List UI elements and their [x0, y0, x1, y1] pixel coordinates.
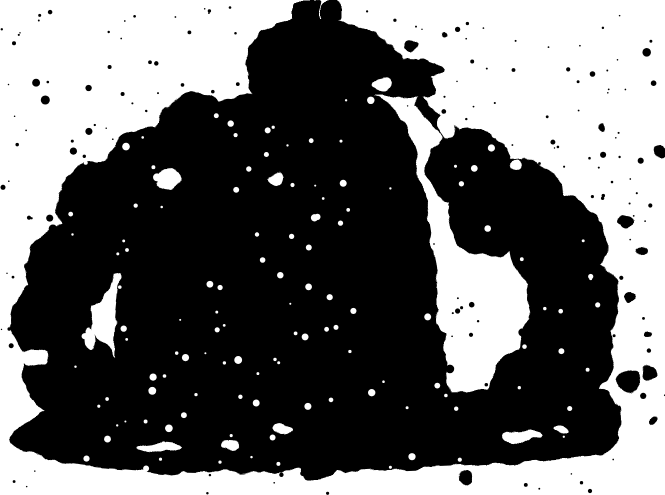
speckle-dot	[306, 245, 312, 251]
speckle-dot	[175, 16, 177, 18]
speckle-dot	[444, 394, 448, 398]
speckle-dot	[619, 15, 621, 17]
speckle-dot	[350, 308, 356, 314]
speckle-dot	[286, 144, 288, 146]
speckle-dot	[367, 97, 374, 104]
speckle-dot	[455, 27, 460, 32]
speckle-dot	[27, 216, 31, 220]
speckle-dot	[165, 424, 173, 432]
speckle-dot	[546, 115, 549, 118]
speckle-dot	[454, 165, 457, 168]
speckle-dot	[470, 60, 474, 64]
hole	[436, 307, 452, 333]
speckle-dot	[590, 71, 596, 77]
speckle-dot	[460, 306, 463, 309]
blob	[618, 215, 632, 229]
speckle-dot	[491, 131, 498, 138]
speckle-dot	[238, 395, 242, 399]
speckle-dot	[272, 126, 275, 129]
speckle-dot	[141, 136, 144, 139]
speckle-dot	[483, 27, 485, 29]
speckle-dot	[649, 40, 652, 43]
speckle-dot	[107, 31, 109, 33]
speckle-dot	[433, 243, 435, 245]
speckle-dot	[209, 474, 211, 476]
speckle-dot	[466, 22, 469, 25]
speckle-dot	[105, 397, 109, 401]
speckle-dot	[228, 120, 234, 126]
speckle-dot	[471, 165, 478, 172]
speckle-dot	[250, 456, 252, 458]
speckle-dot	[606, 70, 608, 72]
speckle-dot	[415, 26, 417, 28]
speckle-dot	[223, 324, 226, 327]
speckle-dot	[12, 41, 16, 45]
hole	[84, 330, 96, 350]
speckle-dot	[348, 350, 351, 353]
blob	[419, 58, 429, 66]
speckle-dot	[260, 257, 266, 263]
speckle-dot	[289, 303, 291, 305]
speckle-dot	[175, 351, 178, 354]
speckle-dot	[38, 14, 41, 17]
speckle-dot	[125, 338, 128, 341]
speckle-dot	[619, 276, 623, 280]
speckle-dot	[608, 88, 610, 90]
speckle-dot	[563, 166, 565, 168]
speckle-dot	[459, 181, 464, 186]
speckle-dot	[586, 368, 590, 372]
speckle-dot	[629, 202, 631, 204]
speckle-dot	[613, 245, 617, 249]
speckle-dot	[90, 118, 96, 124]
speckle-dot	[294, 332, 298, 336]
hole	[220, 442, 240, 450]
speckle-dot	[602, 27, 604, 29]
speckle-dot	[105, 128, 106, 129]
speckle-dot	[441, 109, 446, 114]
speckle-dot	[566, 67, 570, 71]
speckle-dot	[94, 124, 96, 126]
speckle-dot	[144, 420, 148, 424]
speckle-dot	[458, 332, 463, 337]
speckle-dot	[270, 435, 276, 441]
speckle-dot	[133, 15, 136, 18]
speckle-dot	[214, 113, 219, 118]
speckle-dot	[83, 456, 89, 462]
speckle-dot	[234, 356, 242, 364]
speckle-dot	[618, 156, 620, 158]
speckle-dot	[234, 133, 238, 137]
speckle-dot	[568, 154, 571, 157]
speckle-dot	[68, 212, 73, 217]
speckle-dot	[615, 137, 617, 139]
speckle-dot	[543, 307, 546, 310]
speckle-dot	[511, 144, 513, 146]
speckle-dot	[148, 387, 156, 395]
speckle-dot	[148, 60, 152, 64]
speckle-dot	[85, 128, 92, 135]
speckle-dot	[611, 181, 614, 184]
hole	[439, 113, 455, 137]
speckle-dot	[265, 127, 271, 133]
speckle-dot	[141, 112, 148, 119]
speckle-dot	[15, 143, 18, 146]
speckle-dot	[324, 327, 329, 332]
blob	[394, 63, 402, 69]
speckle-dot	[112, 138, 114, 140]
speckle-dot	[520, 257, 524, 261]
speckle-dot	[424, 124, 430, 130]
speckle-dot	[85, 85, 91, 91]
speckle-dot	[122, 143, 130, 151]
speckle-dot	[230, 434, 233, 437]
speckle-dot	[153, 173, 161, 181]
speckle-dot	[602, 194, 605, 197]
speckle-dot	[215, 311, 218, 314]
silhouette-canvas	[0, 0, 665, 495]
speckle-dot	[421, 29, 422, 30]
speckle-dot	[577, 80, 580, 83]
hole	[372, 75, 392, 91]
speckle-dot	[612, 459, 614, 461]
speckle-dot	[161, 441, 165, 445]
speckle-dot	[13, 480, 16, 483]
speckle-dot	[486, 68, 488, 70]
speckle-dot	[469, 333, 473, 337]
speckle-dot	[588, 274, 593, 279]
speckle-dot	[567, 406, 572, 411]
speckle-dot	[456, 81, 458, 83]
hole	[500, 433, 540, 443]
speckle-dot	[19, 32, 20, 33]
speckle-dot	[469, 302, 475, 308]
speckle-dot	[143, 465, 149, 471]
speckle-dot	[314, 185, 316, 187]
crown-finial-right	[320, 2, 340, 18]
speckle-dot	[116, 252, 119, 255]
speckle-dot	[588, 489, 592, 493]
speckle-dot	[598, 167, 600, 169]
speckle-dot	[434, 383, 440, 389]
speckle-dot	[131, 102, 133, 104]
speckle-dot	[473, 106, 475, 108]
speckle-dot	[563, 436, 565, 438]
speckle-dot	[638, 158, 644, 164]
speckle-dot	[223, 361, 226, 364]
speckle-dot	[25, 130, 27, 132]
speckle-dot	[120, 38, 122, 40]
speckle-dot	[484, 225, 491, 232]
speckle-dot	[644, 220, 646, 222]
speckle-dot	[194, 393, 197, 396]
speckle-dot	[408, 453, 415, 460]
speckle-dot	[448, 272, 450, 274]
speckle-dot	[465, 38, 467, 40]
speckle-dot	[71, 233, 73, 235]
speckle-dot	[160, 206, 163, 209]
speckle-dot	[204, 8, 206, 10]
speckle-dot	[591, 195, 594, 198]
speckle-dot	[465, 118, 467, 120]
speckle-dot	[6, 273, 7, 274]
speckle-dot	[557, 146, 560, 149]
speckle-dot	[598, 216, 605, 223]
speckle-dot	[290, 183, 294, 187]
speckle-dot	[46, 215, 53, 222]
speckle-dot	[334, 325, 339, 330]
speckle-dot	[382, 380, 385, 383]
speckle-dot	[472, 299, 475, 302]
speckle-dot	[9, 343, 14, 348]
speckle-dot	[26, 486, 27, 487]
speckle-dot	[618, 132, 620, 134]
speckle-dot	[518, 386, 521, 389]
speckle-dot	[302, 333, 309, 340]
speckle-dot	[591, 153, 597, 159]
speckle-dot	[406, 406, 409, 409]
speckle-dot	[146, 105, 150, 109]
hole	[21, 349, 49, 367]
speckle-dot	[276, 462, 280, 466]
speckle-dot	[8, 84, 10, 86]
speckle-dot	[617, 59, 619, 61]
speckle-dot	[74, 365, 76, 367]
speckle-dot	[389, 187, 391, 189]
speckle-dot	[273, 358, 276, 361]
speckle-dot	[0, 185, 5, 190]
speckle-dot	[151, 165, 155, 169]
speckle-dot	[345, 99, 347, 101]
speckle-dot	[595, 302, 600, 307]
speckle-dot	[121, 92, 125, 96]
speckle-dot	[607, 92, 609, 94]
speckle-dot	[515, 40, 517, 42]
speckle-dot	[8, 180, 10, 182]
speckle-dot	[264, 152, 269, 157]
speckle-dot	[211, 90, 215, 94]
speckle-dot	[625, 89, 627, 91]
speckle-dot	[629, 178, 631, 180]
speckle-dot	[83, 155, 86, 158]
speckle-dot	[602, 197, 604, 199]
speckle-dot	[84, 161, 88, 165]
speckle-dot	[181, 412, 187, 418]
speckle-dot	[488, 144, 495, 151]
speckle-dot	[580, 481, 583, 484]
speckle-dot	[457, 297, 459, 299]
speckle-dot	[70, 147, 77, 154]
blob	[647, 415, 657, 425]
speckle-dot	[159, 458, 162, 461]
speckle-dot	[233, 187, 239, 193]
speckle-dot	[149, 373, 156, 380]
hole	[138, 443, 182, 453]
speckle-dot	[182, 354, 189, 361]
speckle-dot	[181, 83, 185, 87]
speckle-dot	[125, 248, 129, 252]
speckle-dot	[640, 393, 646, 399]
speckle-dot	[466, 386, 472, 392]
speckle-dot	[217, 285, 222, 290]
blob	[599, 123, 607, 131]
speckle-dot	[571, 473, 573, 475]
binarized-photograph	[0, 0, 665, 495]
speckle-dot	[132, 110, 136, 114]
speckle-dot	[558, 309, 563, 314]
speckle-dot	[41, 95, 50, 104]
speckle-dot	[538, 488, 540, 490]
speckle-dot	[71, 140, 74, 143]
speckle-dot	[123, 100, 128, 105]
speckle-dot	[629, 239, 631, 241]
speckle-dot	[607, 126, 611, 130]
speckle-dot	[48, 10, 52, 14]
speckle-dot	[18, 34, 20, 36]
speckle-dot	[502, 350, 505, 353]
speckle-dot	[457, 269, 463, 275]
speckle-dot	[452, 312, 454, 314]
speckle-dot	[475, 257, 481, 263]
speckle-dot	[339, 140, 342, 143]
hole	[275, 426, 291, 434]
speckle-dot	[134, 203, 138, 207]
speckle-dot	[104, 436, 111, 443]
speckle-dot	[651, 80, 657, 86]
speckle-dot	[7, 327, 11, 331]
speckle-dot	[368, 389, 375, 396]
speckle-dot	[14, 116, 16, 118]
speckle-dot	[124, 20, 126, 22]
speckle-dot	[578, 110, 580, 112]
speckle-dot	[582, 239, 585, 242]
hole	[267, 172, 283, 184]
speckle-dot	[477, 320, 479, 322]
speckle-dot	[636, 192, 638, 194]
speckle-dot	[1, 329, 2, 330]
speckle-dot	[642, 48, 651, 57]
foliage-lump	[616, 370, 640, 394]
speckle-dot	[454, 262, 457, 265]
speckle-dot	[154, 61, 158, 65]
speckle-dot	[255, 232, 259, 236]
speckle-dot	[218, 460, 221, 463]
speckle-dot	[188, 31, 192, 35]
speckle-dot	[506, 333, 510, 337]
speckle-dot	[543, 137, 546, 140]
blob	[638, 243, 648, 253]
blob	[403, 42, 417, 52]
speckle-dot	[554, 147, 555, 148]
speckle-dot	[207, 281, 214, 288]
speckle-dot	[124, 420, 126, 422]
speckle-dot	[116, 424, 118, 426]
speckle-dot	[647, 348, 651, 352]
speckle-dot	[548, 46, 550, 48]
speckle-dot	[648, 203, 652, 207]
hole	[552, 426, 568, 434]
speckle-dot	[522, 146, 527, 151]
speckle-dot	[253, 400, 260, 407]
speckle-dot	[179, 319, 181, 321]
speckle-dot	[642, 317, 645, 320]
speckle-dot	[304, 403, 311, 410]
speckle-dot	[458, 458, 462, 462]
hole	[433, 243, 457, 257]
speckle-dot	[94, 100, 101, 107]
speckle-dot	[32, 79, 40, 87]
speckle-dot	[277, 361, 280, 364]
speckle-dot	[443, 96, 445, 98]
speckle-dot	[550, 140, 555, 145]
speckle-dot	[522, 461, 528, 467]
speckle-dot	[234, 32, 237, 35]
speckle-dot	[34, 470, 35, 471]
speckle-dot	[206, 492, 208, 494]
blob	[440, 31, 446, 37]
speckle-dot	[108, 65, 112, 69]
speckle-dot	[424, 313, 431, 320]
speckle-dot	[229, 6, 232, 9]
speckle-dot	[431, 222, 435, 226]
speckle-dot	[633, 215, 635, 217]
blob	[457, 470, 473, 486]
speckle-dot	[522, 344, 527, 349]
speckle-dot	[588, 157, 591, 160]
foliage-lump	[640, 366, 656, 382]
speckle-dot	[12, 276, 15, 279]
speckle-dot	[82, 333, 88, 339]
speckle-dot	[389, 466, 392, 469]
speckle-dot	[122, 239, 125, 242]
speckle-dot	[38, 20, 40, 22]
speckle-dot	[322, 197, 325, 200]
speckle-dot	[246, 166, 251, 171]
speckle-dot	[273, 482, 275, 484]
speckle-dot	[256, 372, 259, 375]
speckle-dot	[279, 473, 283, 477]
speckle-dot	[236, 82, 240, 86]
speckle-dot	[1, 28, 3, 30]
speckle-dot	[277, 272, 283, 278]
speckle-dot	[46, 81, 49, 84]
speckle-dot	[326, 492, 329, 495]
speckle-dot	[505, 144, 508, 147]
speckle-dot	[340, 180, 347, 187]
speckle-dot	[478, 103, 483, 108]
blob	[645, 328, 653, 336]
speckle-dot	[163, 374, 167, 378]
speckle-dot	[454, 407, 458, 411]
speckle-dot	[215, 327, 220, 332]
hole	[511, 161, 521, 171]
speckle-dot	[204, 352, 206, 354]
speckle-dot	[118, 285, 122, 289]
speckle-dot	[455, 308, 460, 313]
speckle-dot	[600, 152, 606, 158]
speckle-dot	[309, 138, 314, 143]
speckle-dot	[613, 334, 616, 337]
speckle-dot	[366, 10, 368, 12]
speckle-dot	[494, 102, 496, 104]
speckle-dot	[329, 398, 334, 403]
speckle-dot	[30, 217, 32, 219]
speckle-dot	[512, 68, 516, 72]
speckle-dot	[579, 45, 581, 47]
speckle-dot	[208, 9, 211, 12]
speckle-dot	[524, 483, 528, 487]
speckle-dot	[97, 405, 100, 408]
